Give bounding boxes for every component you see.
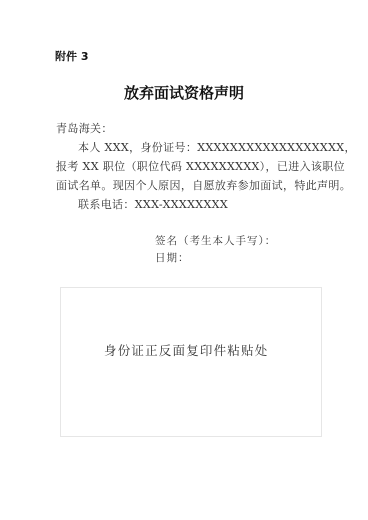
attachment-label: 附件 3 bbox=[55, 48, 88, 64]
paragraph-line-3: 面试名单。现因个人原因，自愿放弃参加面试，特此声明。 bbox=[56, 179, 316, 193]
paragraph-line-1: 本人 XXX，身份证号：XXXXXXXXXXXXXXXXXX， bbox=[78, 141, 338, 155]
contact-phone-line: 联系电话：XXX-XXXXXXXX bbox=[78, 198, 338, 212]
document-title: 放弃面试资格声明 bbox=[0, 82, 368, 103]
paragraph-line-2: 报考 XX 职位（职位代码 XXXXXXXXX），已进入该职位 bbox=[56, 160, 316, 174]
salutation: 青岛海关： bbox=[56, 122, 316, 136]
signature-label: 签名（考生本人手写）： bbox=[155, 233, 276, 248]
id-copy-box-label: 身份证正反面复印件粘贴处 bbox=[104, 341, 268, 359]
date-label: 日期： bbox=[155, 250, 190, 265]
id-copy-paste-box: 身份证正反面复印件粘贴处 bbox=[60, 287, 322, 437]
